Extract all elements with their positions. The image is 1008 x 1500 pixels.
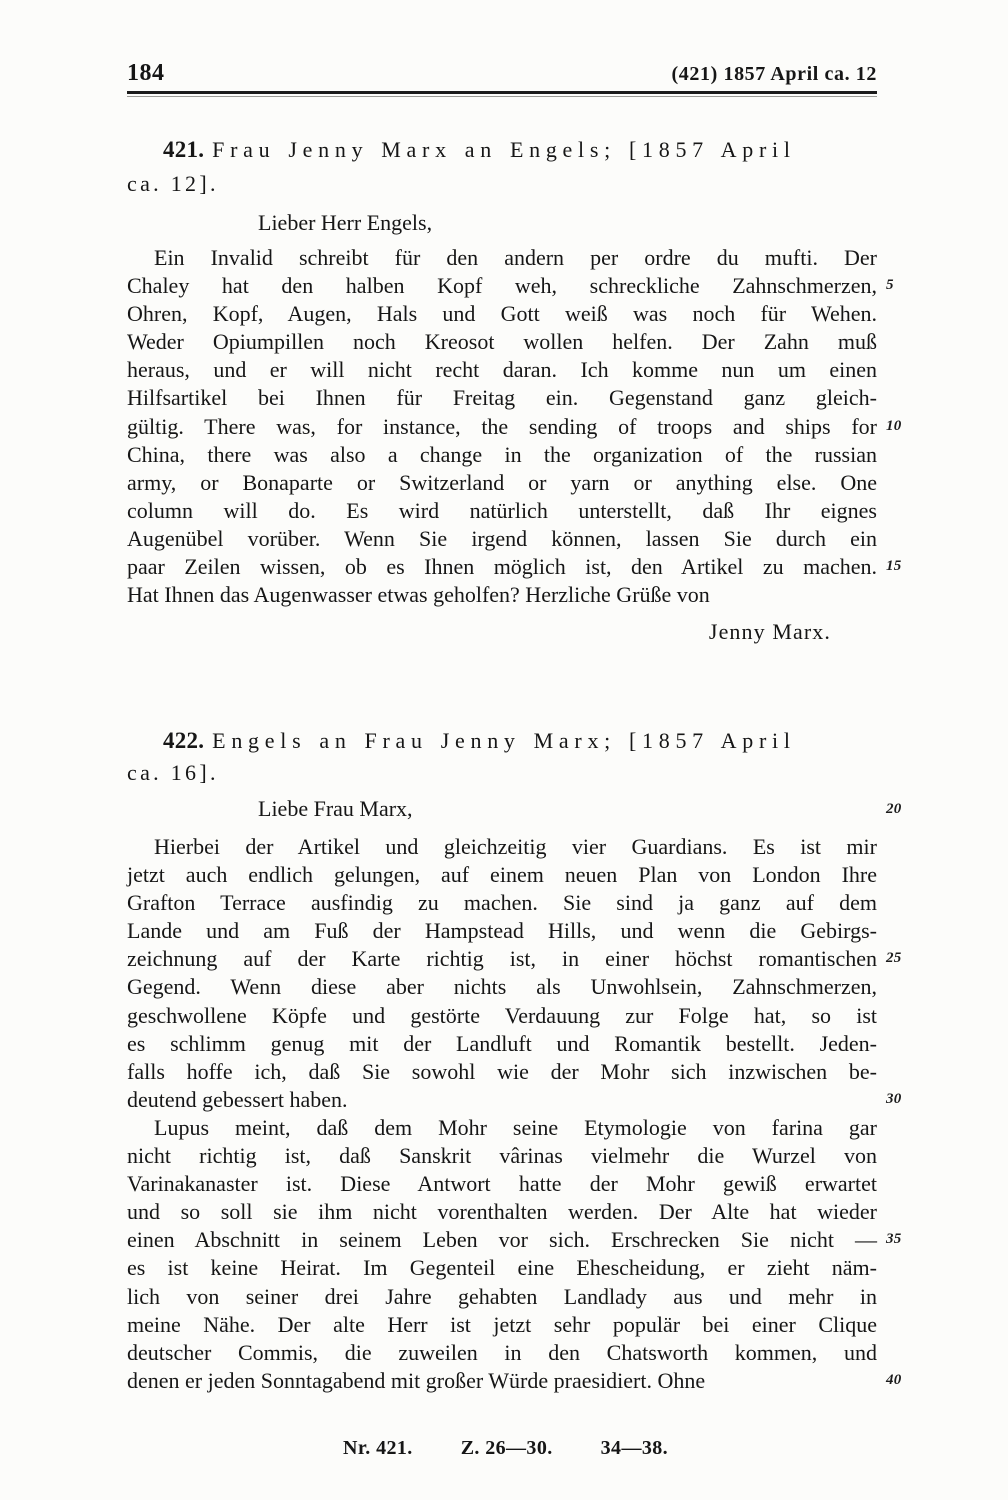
text-line: es ist keine Heirat. Im Gegenteil eine E… (127, 1254, 877, 1282)
text-line-content: Hierbei der Artikel und gleichzeitig vie… (154, 834, 877, 859)
text-line-content: Ohren, Kopf, Augen, Hals und Gott weiß w… (127, 301, 877, 326)
text-line: Gegend. Wenn diese aber nichts als Unwoh… (127, 973, 877, 1001)
book-page: 184 (421) 1857 April ca. 12 421.Frau Jen… (0, 0, 1008, 1500)
text-line: army, or Bonaparte or Switzerland or yar… (127, 469, 877, 497)
letter-body: Ein Invalid schreibt für den andern per … (127, 244, 877, 609)
text-line-content: Augenübel vorüber. Wenn Sie irgend könne… (127, 526, 877, 551)
text-line: denen er jeden Sonntagabend mit großer W… (127, 1367, 877, 1395)
header-rule-shadow (127, 96, 877, 97)
text-line-content: Lupus meint, daß dem Mohr seine Etymolog… (154, 1115, 877, 1140)
margin-line-number: 5 (886, 275, 894, 295)
text-line-content: es schlimm genug mit der Landluft und Ro… (127, 1031, 877, 1056)
text-line-content: es ist keine Heirat. Im Gegenteil eine E… (127, 1255, 877, 1280)
text-line-content: deutscher Commis, die zuweilen in den Ch… (127, 1340, 877, 1365)
text-line-content: und so soll sie ihm nicht vorenthalten w… (127, 1199, 877, 1224)
text-line-content: geschwollene Köpfe und gestörte Verdauun… (127, 1003, 877, 1028)
text-line: China, there was also a change in the or… (127, 441, 877, 469)
text-line: Chaley hat den halben Kopf weh, schreckl… (127, 272, 877, 300)
text-line: nicht richtig ist, daß Sanskrit vârinas … (127, 1142, 877, 1170)
letter-heading-line2: ca. 16]. (127, 757, 877, 789)
text-line-content: jetzt auch endlich gelungen, auf einem n… (127, 862, 877, 887)
text-line-content: nicht richtig ist, daß Sanskrit vârinas … (127, 1143, 877, 1168)
margin-line-number: 10 (886, 416, 902, 436)
salutation-text: Liebe Frau Marx, (258, 796, 413, 821)
letter-title: Engels an Frau Jenny Marx; [1857 April (212, 728, 796, 753)
text-line: geschwollene Köpfe und gestörte Verdauun… (127, 1002, 877, 1030)
letter-number: 421. (163, 137, 212, 162)
text-line: lich von seiner drei Jahre gehabten Land… (127, 1283, 877, 1311)
signature: Jenny Marx. (127, 618, 877, 646)
salutation: Liebe Frau Marx, 20 (127, 795, 877, 823)
text-line-content: China, there was also a change in the or… (127, 442, 877, 467)
text-line: gültig. There was, for instance, the sen… (127, 413, 877, 441)
text-line-content: einen Abschnitt in seinem Leben vor sich… (127, 1227, 877, 1252)
text-line-content: Hilfsartikel bei Ihnen für Freitag ein. … (127, 385, 877, 410)
text-line-content: zeichnung auf der Karte richtig ist, in … (127, 946, 877, 971)
text-line: Augenübel vorüber. Wenn Sie irgend könne… (127, 525, 877, 553)
text-line: heraus, und er will nicht recht daran. I… (127, 356, 877, 384)
letter-title: Frau Jenny Marx an Engels; [1857 April (212, 137, 796, 162)
text-line-content: Lande und am Fuß der Hampstead Hills, un… (127, 918, 877, 943)
text-line-content: deutend gebessert haben. (127, 1087, 348, 1112)
letter-body: Hierbei der Artikel und gleichzeitig vie… (127, 833, 877, 1395)
text-line-content: lich von seiner drei Jahre gehabten Land… (127, 1284, 877, 1309)
text-line-content: Chaley hat den halben Kopf weh, schreckl… (127, 273, 877, 298)
letter-number: 422. (163, 728, 212, 753)
apparatus-item: 34—38. (601, 1437, 668, 1460)
text-line: deutend gebessert haben.30 (127, 1086, 877, 1114)
letter-heading: 421.Frau Jenny Marx an Engels; [1857 Apr… (127, 133, 877, 167)
text-line-content: Hat Ihnen das Augenwasser etwas geholfen… (127, 582, 710, 607)
margin-line-number: 20 (886, 799, 902, 819)
letter-422: 422.Engels an Frau Jenny Marx; [1857 Apr… (127, 725, 877, 1395)
salutation-text: Lieber Herr Engels, (258, 210, 432, 235)
margin-line-number: 35 (886, 1229, 902, 1249)
text-line: Ohren, Kopf, Augen, Hals und Gott weiß w… (127, 300, 877, 328)
text-line: paar Zeilen wissen, ob es Ihnen möglich … (127, 553, 877, 581)
running-header: (421) 1857 April ca. 12 (672, 63, 877, 86)
text-line: jetzt auch endlich gelungen, auf einem n… (127, 861, 877, 889)
text-line: Hat Ihnen das Augenwasser etwas geholfen… (127, 581, 877, 609)
text-line: deutscher Commis, die zuweilen in den Ch… (127, 1339, 877, 1367)
letter-heading: 422.Engels an Frau Jenny Marx; [1857 Apr… (127, 725, 877, 757)
text-line: zeichnung auf der Karte richtig ist, in … (127, 945, 877, 973)
header-rule (127, 91, 877, 94)
text-line: Weder Opiumpillen noch Kreosot wollen he… (127, 328, 877, 356)
text-line: Grafton Terrace ausfindig zu machen. Sie… (127, 889, 877, 917)
margin-line-number: 15 (886, 556, 902, 576)
text-line-content: Gegend. Wenn diese aber nichts als Unwoh… (127, 974, 877, 999)
text-line: Hilfsartikel bei Ihnen für Freitag ein. … (127, 384, 877, 412)
margin-line-number: 40 (886, 1370, 902, 1390)
apparatus-item: Nr. 421. (343, 1437, 413, 1460)
text-line: Hierbei der Artikel und gleichzeitig vie… (127, 833, 877, 861)
text-line-content: meine Nähe. Der alte Herr ist jetzt sehr… (127, 1312, 877, 1337)
text-line-content: Varinakanaster ist. Diese Antwort hatte … (127, 1171, 877, 1196)
text-line: Varinakanaster ist. Diese Antwort hatte … (127, 1170, 877, 1198)
margin-line-number: 30 (886, 1089, 902, 1109)
text-line: und so soll sie ihm nicht vorenthalten w… (127, 1198, 877, 1226)
text-line: meine Nähe. Der alte Herr ist jetzt sehr… (127, 1311, 877, 1339)
text-line-content: denen er jeden Sonntagabend mit großer W… (127, 1368, 705, 1393)
text-line-content: paar Zeilen wissen, ob es Ihnen möglich … (127, 554, 877, 579)
text-line: es schlimm genug mit der Landluft und Ro… (127, 1030, 877, 1058)
text-line-content: Grafton Terrace ausfindig zu machen. Sie… (127, 890, 877, 915)
text-line: falls hoffe ich, daß Sie sowohl wie der … (127, 1058, 877, 1086)
text-line-content: gültig. There was, for instance, the sen… (127, 414, 877, 439)
letter-421: 421.Frau Jenny Marx an Engels; [1857 Apr… (127, 133, 877, 646)
text-line-content: falls hoffe ich, daß Sie sowohl wie der … (127, 1059, 877, 1084)
text-line: column will do. Es wird natürlich unters… (127, 497, 877, 525)
text-line-content: army, or Bonaparte or Switzerland or yar… (127, 470, 877, 495)
page-number: 184 (127, 60, 164, 87)
margin-line-number: 25 (886, 948, 902, 968)
text-line-content: column will do. Es wird natürlich unters… (127, 498, 877, 523)
apparatus-item: Z. 26—30. (461, 1437, 553, 1460)
text-line: Ein Invalid schreibt für den andern per … (127, 244, 877, 272)
text-line-content: heraus, und er will nicht recht daran. I… (127, 357, 877, 382)
text-line: Lupus meint, daß dem Mohr seine Etymolog… (127, 1114, 877, 1142)
page-header: 184 (421) 1857 April ca. 12 (127, 60, 877, 87)
apparatus-footer: Nr. 421. Z. 26—30. 34—38. (343, 1437, 668, 1460)
text-line-content: Ein Invalid schreibt für den andern per … (154, 245, 877, 270)
text-line: einen Abschnitt in seinem Leben vor sich… (127, 1226, 877, 1254)
salutation: Lieber Herr Engels, (127, 209, 877, 237)
text-line-content: Weder Opiumpillen noch Kreosot wollen he… (127, 329, 877, 354)
text-line: Lande und am Fuß der Hampstead Hills, un… (127, 917, 877, 945)
letter-heading-line2: ca. 12]. (127, 167, 877, 201)
